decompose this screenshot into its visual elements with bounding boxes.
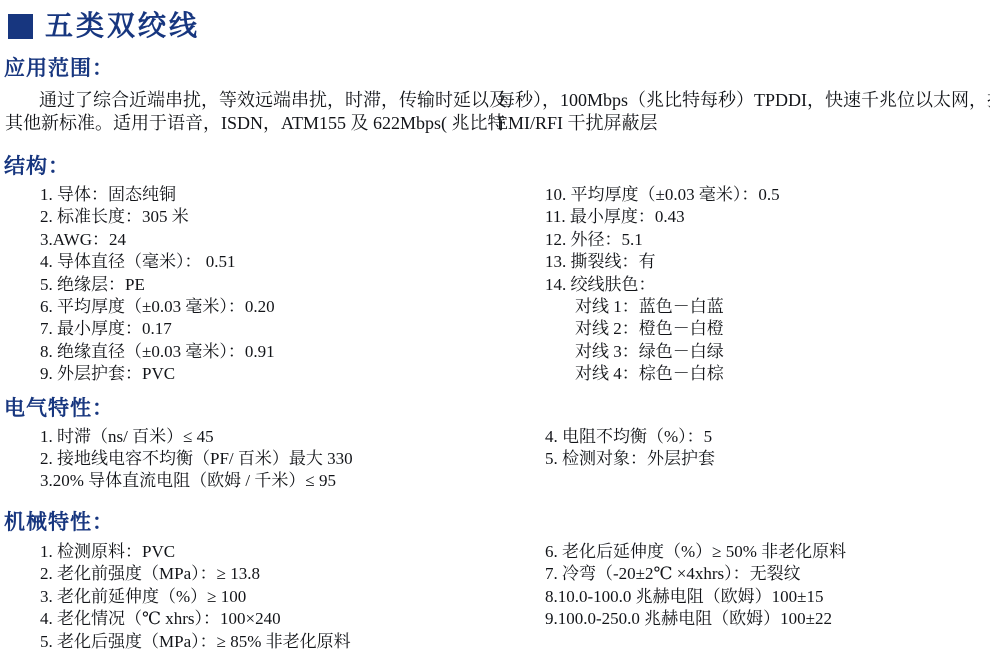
page-title: 五类双绞线 xyxy=(45,11,200,41)
section-heading-electrical: 电气特性： xyxy=(4,396,990,422)
spec-item: 13. 撕裂线：有 xyxy=(495,251,990,273)
structure-list: 1. 导体：固态纯铜 2. 标准长度：305 米 3.AWG：24 4. 导体直… xyxy=(0,184,990,386)
spec-item: 3.20% 导体直流电阻（欧姆 / 千米）≤ 95 xyxy=(0,470,495,492)
section-heading-mechanical: 机械特性： xyxy=(4,510,990,536)
spec-item: 8. 绝缘直径（±0.03 毫米）：0.91 xyxy=(0,341,495,363)
datasheet-page: 五类双绞线 应用范围： 通过了综合近端串扰，等效远端串扰，时滞，传输时延以及 其… xyxy=(0,0,990,659)
spec-item: 2. 接地线电容不均衡（PF/ 百米）最大 330 xyxy=(0,448,495,470)
spec-item: 9.100.0-250.0 兆赫电阻（欧姆）100±22 xyxy=(495,608,990,630)
mechanical-right-column: 6. 老化后延伸度（%）≥ 50% 非老化原料 7. 冷弯（-20±2℃ ×4x… xyxy=(495,541,990,653)
spec-item: 8.10.0-100.0 兆赫电阻（欧姆）100±15 xyxy=(495,586,990,608)
square-bullet-icon xyxy=(8,14,33,39)
mechanical-list: 1. 检测原料：PVC 2. 老化前强度（MPa）：≥ 13.8 3. 老化前延… xyxy=(0,541,990,653)
spec-item: 6. 老化后延伸度（%）≥ 50% 非老化原料 xyxy=(495,541,990,563)
spec-item: 2. 老化前强度（MPa）：≥ 13.8 xyxy=(0,563,495,585)
spec-item: 5. 检测对象：外层护套 xyxy=(495,448,990,470)
mechanical-left-column: 1. 检测原料：PVC 2. 老化前强度（MPa）：≥ 13.8 3. 老化前延… xyxy=(0,541,495,653)
application-left-column: 通过了综合近端串扰，等效远端串扰，时滞，传输时延以及 其他新标准。适用于语音，I… xyxy=(0,89,495,135)
paragraph-line: 每秒），100Mbps（兆比特每秒）TPDDI，快速千兆位以太网，抗 xyxy=(495,89,990,112)
spec-item: 4. 导体直径（毫米）： 0.51 xyxy=(0,251,495,273)
spec-item: 9. 外层护套：PVC xyxy=(0,363,495,385)
doc-header: 五类双绞线 xyxy=(0,0,990,41)
structure-right-column: 10. 平均厚度（±0.03 毫米）：0.5 11. 最小厚度：0.43 12.… xyxy=(495,184,990,386)
application-right-column: 每秒），100Mbps（兆比特每秒）TPDDI，快速千兆位以太网，抗 EMI/R… xyxy=(495,89,990,135)
section-heading-application: 应用范围： xyxy=(4,56,990,82)
spec-item: 2. 标准长度：305 米 xyxy=(0,206,495,228)
spec-item: 7. 冷弯（-20±2℃ ×4xhrs）：无裂纹 xyxy=(495,563,990,585)
wire-pair-item: 对线 3：绿色－白绿 xyxy=(495,341,990,363)
spec-item: 1. 导体：固态纯铜 xyxy=(0,184,495,206)
paragraph-line: 其他新标准。适用于语音，ISDN，ATM155 及 622Mbps( 兆比特 xyxy=(0,112,495,135)
spec-item: 4. 老化情况（℃ xhrs）：100×240 xyxy=(0,608,495,630)
structure-left-column: 1. 导体：固态纯铜 2. 标准长度：305 米 3.AWG：24 4. 导体直… xyxy=(0,184,495,386)
spec-item: 3.AWG：24 xyxy=(0,229,495,251)
electrical-right-column: 4. 电阻不均衡（%）：5 5. 检测对象：外层护套 xyxy=(495,426,990,493)
spec-item: 3. 老化前延伸度（%）≥ 100 xyxy=(0,586,495,608)
paragraph-line: 通过了综合近端串扰，等效远端串扰，时滞，传输时延以及 xyxy=(0,89,495,112)
spec-item: 7. 最小厚度：0.17 xyxy=(0,318,495,340)
spec-item: 14. 绞线肤色： xyxy=(495,274,990,296)
electrical-left-column: 1. 时滞（ns/ 百米）≤ 45 2. 接地线电容不均衡（PF/ 百米）最大 … xyxy=(0,426,495,493)
spec-item: 1. 时滞（ns/ 百米）≤ 45 xyxy=(0,426,495,448)
section-heading-structure: 结构： xyxy=(4,154,990,180)
spec-item: 5. 绝缘层：PE xyxy=(0,274,495,296)
paragraph-line: EMI/RFI 干扰屏蔽层 xyxy=(495,112,990,135)
wire-pair-item: 对线 1：蓝色－白蓝 xyxy=(495,296,990,318)
spec-item: 6. 平均厚度（±0.03 毫米）：0.20 xyxy=(0,296,495,318)
spec-item: 10. 平均厚度（±0.03 毫米）：0.5 xyxy=(495,184,990,206)
wire-pair-item: 对线 2：橙色－白橙 xyxy=(495,318,990,340)
application-paragraph: 通过了综合近端串扰，等效远端串扰，时滞，传输时延以及 其他新标准。适用于语音，I… xyxy=(0,89,990,135)
spec-item: 12. 外径：5.1 xyxy=(495,229,990,251)
spec-item: 5. 老化后强度（MPa）：≥ 85% 非老化原料 xyxy=(0,631,495,653)
spec-item: 11. 最小厚度：0.43 xyxy=(495,206,990,228)
wire-pair-item: 对线 4：棕色－白棕 xyxy=(495,363,990,385)
spec-item: 1. 检测原料：PVC xyxy=(0,541,495,563)
electrical-list: 1. 时滞（ns/ 百米）≤ 45 2. 接地线电容不均衡（PF/ 百米）最大 … xyxy=(0,426,990,493)
spec-item: 4. 电阻不均衡（%）：5 xyxy=(495,426,990,448)
